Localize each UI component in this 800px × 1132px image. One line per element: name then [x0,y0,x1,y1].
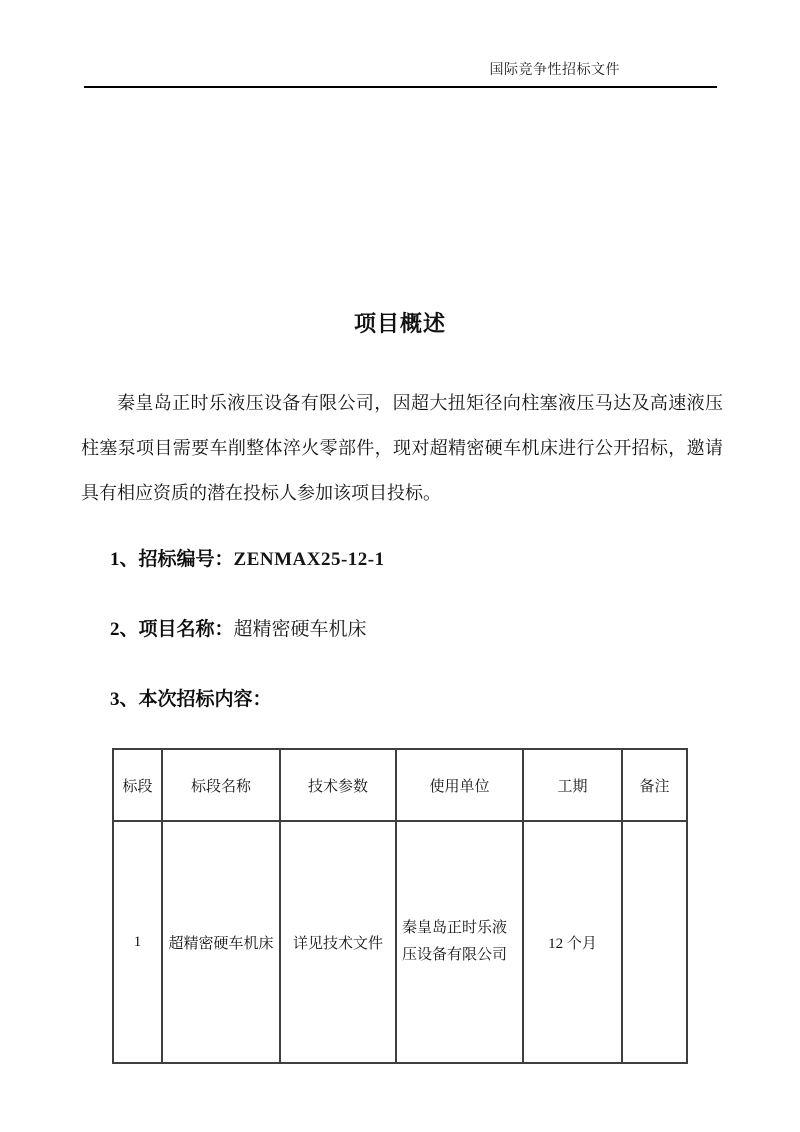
item-bid-number: 1、招标编号：ZENMAX25-12-1 [110,548,385,572]
table-header-section: 标段 [113,749,162,821]
table-header-section-name: 标段名称 [162,749,280,821]
table-header-duration: 工期 [523,749,622,821]
intro-paragraph: 秦皇岛正时乐液压设备有限公司，因超大扭矩径向柱塞液压马达及高速液压柱塞泵项目需要… [81,381,723,516]
table-cell-section: 1 [113,821,162,1063]
item-bid-number-value: ZENMAX25-12-1 [234,549,385,570]
table-cell-duration: 12 个月 [523,821,622,1063]
bid-content-table: 标段 标段名称 技术参数 使用单位 工期 备注 1 超精密硬车机床 详见技术文件… [112,748,688,1064]
page-title: 项目概述 [0,311,800,337]
table-cell-remarks [622,821,687,1063]
item-project-name-label: 2、项目名称： [110,619,234,640]
header-rule [84,86,717,88]
table-header-row: 标段 标段名称 技术参数 使用单位 工期 备注 [113,749,687,821]
item-bid-content-label: 3、本次招标内容： [110,689,272,710]
table-cell-section-name: 超精密硬车机床 [162,821,280,1063]
table-cell-user-unit: 秦皇岛正时乐液压设备有限公司 [396,821,523,1063]
item-bid-number-label: 1、招标编号： [110,549,234,570]
item-bid-content: 3、本次招标内容： [110,688,272,712]
table-cell-tech-params: 详见技术文件 [280,821,396,1063]
page-header-text: 国际竞争性招标文件 [84,61,620,81]
table-header-user-unit: 使用单位 [396,749,523,821]
table-header-remarks: 备注 [622,749,687,821]
item-project-name-value: 超精密硬车机床 [234,619,367,640]
table-header-tech-params: 技术参数 [280,749,396,821]
table-row: 1 超精密硬车机床 详见技术文件 秦皇岛正时乐液压设备有限公司 12 个月 [113,821,687,1063]
item-project-name: 2、项目名称：超精密硬车机床 [110,618,367,642]
